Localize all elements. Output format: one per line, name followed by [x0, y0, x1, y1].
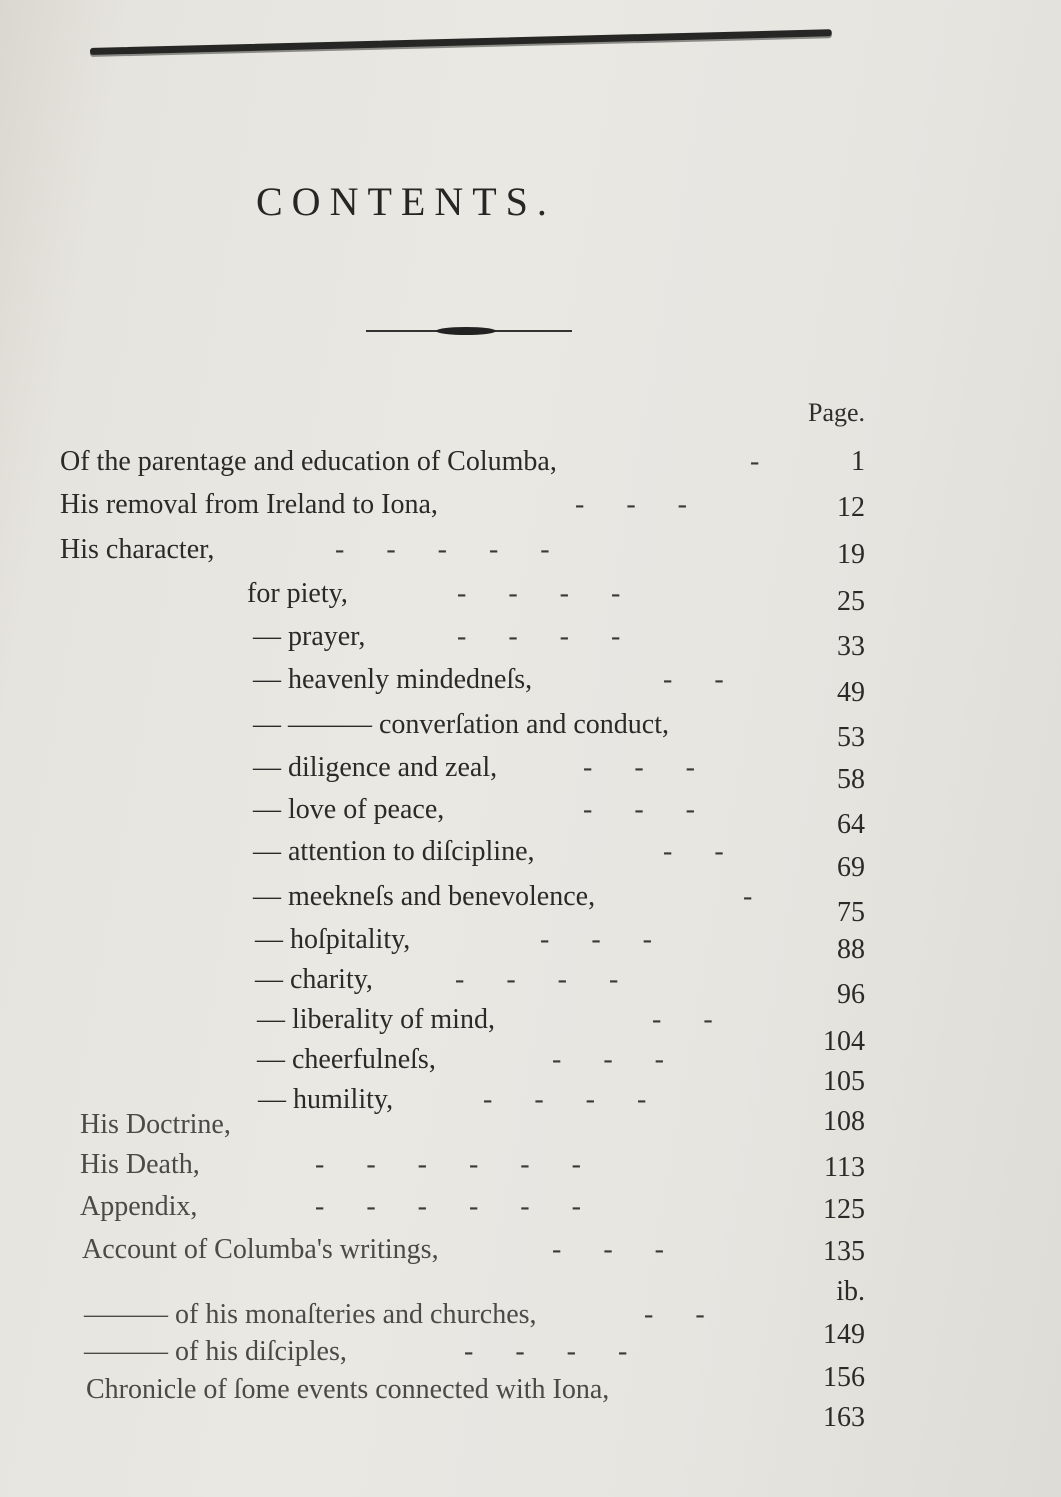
entry-text: His Death, — [80, 1145, 200, 1185]
dot-leader: - - - - - — [335, 530, 550, 570]
dot-leader: - - - - — [457, 617, 620, 657]
dot-leader: - — [743, 877, 752, 917]
page-title: CONTENTS. — [256, 178, 556, 225]
entry-text: — heavenly mindedneſs, — [253, 660, 532, 700]
dot-leader: - - - - - - — [315, 1145, 581, 1185]
page-number: 12 — [795, 488, 865, 528]
page-number: 149 — [795, 1315, 865, 1355]
page-number: ib. — [795, 1272, 865, 1312]
entry-text: for piety, — [247, 574, 348, 614]
page-number: 88 — [795, 930, 865, 970]
dot-leader: - - — [663, 660, 724, 700]
entry-text: Of the parentage and education of Columb… — [60, 442, 557, 482]
dot-leader: - - — [663, 832, 724, 872]
page-number: 75 — [795, 893, 865, 933]
dot-leader: - - - - — [464, 1332, 627, 1372]
page-number: 125 — [795, 1190, 865, 1230]
page-number: 53 — [795, 718, 865, 758]
dot-leader: - - - — [552, 1230, 664, 1270]
entry-text: — ——— converſation and conduct, — [253, 705, 669, 745]
page-number: 113 — [795, 1148, 865, 1188]
entry-text: — prayer, — [253, 617, 365, 657]
entry-text: — meekneſs and benevolence, — [253, 877, 595, 917]
page-number: 108 — [795, 1102, 865, 1142]
dot-leader: - - - - — [457, 574, 620, 614]
page-number: 96 — [795, 975, 865, 1015]
dot-leader: - - - - — [455, 960, 618, 1000]
entry-text: His Doctrine, — [80, 1105, 231, 1145]
top-rule-divider — [90, 29, 832, 55]
page-number: 105 — [795, 1062, 865, 1102]
entry-text: ——— of his diſciples, — [84, 1332, 347, 1372]
entry-text: Account of Columba's writings, — [82, 1230, 439, 1270]
page-number: 163 — [795, 1398, 865, 1438]
entry-text: — charity, — [255, 960, 373, 1000]
page-number: 58 — [795, 760, 865, 800]
dot-leader: - - - - - - — [315, 1187, 581, 1227]
dot-leader: - - - - — [483, 1080, 646, 1120]
dot-leader: - - — [644, 1295, 705, 1335]
dot-leader: - - - — [552, 1040, 664, 1080]
page-number: 19 — [795, 535, 865, 575]
dot-leader: - - — [652, 1000, 713, 1040]
dot-leader: - - - — [540, 920, 652, 960]
entry-text: His removal from Ireland to Iona, — [60, 485, 438, 525]
page-number: 49 — [795, 673, 865, 713]
entry-text: Chronicle of ſome events connected with … — [86, 1370, 609, 1410]
page-number: 135 — [795, 1232, 865, 1272]
entry-text: — hoſpitality, — [255, 920, 410, 960]
dot-leader: - — [750, 442, 759, 482]
entry-text: — cheerfulneſs, — [257, 1040, 436, 1080]
dot-leader: - - - — [583, 748, 695, 788]
page-number: 104 — [795, 1022, 865, 1062]
entry-text: His character, — [60, 530, 214, 570]
entry-text: — attention to diſcipline, — [253, 832, 535, 872]
entry-text: — love of peace, — [253, 790, 444, 830]
page-number: 64 — [795, 805, 865, 845]
page-number: 1 — [795, 442, 865, 482]
dot-leader: - - - — [583, 790, 695, 830]
page-column-header: Page. — [808, 398, 865, 428]
entry-text: — humility, — [258, 1080, 393, 1120]
entry-text: — liberality of mind, — [257, 1000, 495, 1040]
entry-text: ——— of his monaſteries and churches, — [84, 1295, 537, 1335]
dot-leader: - - - — [575, 485, 687, 525]
page-number: 156 — [795, 1358, 865, 1398]
page-number: 69 — [795, 848, 865, 888]
entry-text: — diligence and zeal, — [253, 748, 497, 788]
ornament-divider — [366, 330, 572, 332]
page-number: 25 — [795, 582, 865, 622]
page-number: 33 — [795, 627, 865, 667]
book-page: CONTENTS. Page. Of the parentage and edu… — [0, 0, 1061, 1497]
entry-text: Appendix, — [80, 1187, 197, 1227]
